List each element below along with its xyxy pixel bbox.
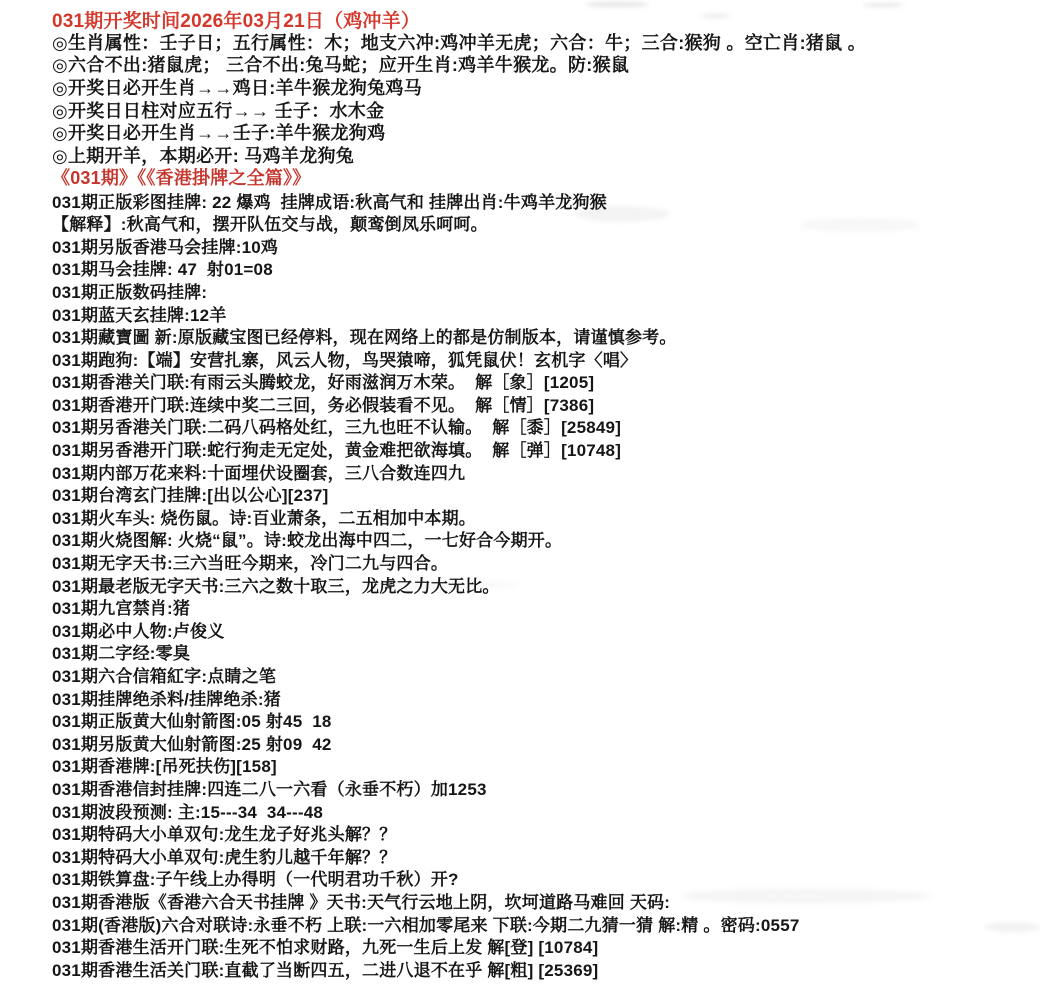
text-line-content: 031期台湾玄门挂牌:[出以公心][237] xyxy=(52,481,328,506)
text-line-content: 031期香港信封挂牌:四连二八一六看（永垂不朽）加1253 xyxy=(52,775,487,800)
text-line-content: 031期内部万花来料:十面埋伏设圈套，三八合数连四九 xyxy=(52,459,465,484)
text-line-35: 031期香港信封挂牌:四连二八一六看（永垂不朽）加1253 xyxy=(52,776,1048,799)
text-line-content: 031期特码大小单双句:龙生龙子好兆头解？？ xyxy=(52,820,396,845)
text-line-16: 031期跑狗:【端】安营扎寨，风云人物，鸟哭猿啼，狐凭鼠伏！玄机字〈唱〉 xyxy=(52,347,1048,370)
text-line-33: 031期另版黄大仙射箭图:25 射09 42 xyxy=(52,731,1048,754)
text-line-38: 031期特码大小单双句:虎生豹儿越千年解？？ xyxy=(52,844,1048,867)
text-line-content: 031期九宫禁肖:猪 xyxy=(52,594,190,619)
text-line-40: 031期香港版《香港六合天书挂牌 》天书:天气行云地上阴，坎坷道路马难回 天码: xyxy=(52,889,1048,912)
text-line-17: 031期香港关门联:有雨云头腾蛟龙，好雨滋润万木荣。 解［象］[1205] xyxy=(52,370,1048,393)
content-lines: 031期开奖时间2026年03月21日（鸡冲羊）◎生肖属性：壬子日；五行属性：木… xyxy=(52,8,1048,980)
text-line-20: 031期另香港开门联:蛇行狗走无定处，黄金难把欲海填。 解［弹］[10748] xyxy=(52,437,1048,460)
text-line-42: 031期香港生活开门联:生死不怕求财路，九死一生后上发 解[登] [10784] xyxy=(52,934,1048,957)
text-line-26: 031期最老版无字天书:三六之数十取三，龙虎之力大无比。 xyxy=(52,573,1048,596)
text-line-9: 031期正版彩图挂牌: 22 爆鸡 挂牌成语:秋高气和 挂牌出肖:牛鸡羊龙狗猴 xyxy=(52,189,1048,212)
text-line-content: 031期最老版无字天书:三六之数十取三，龙虎之力大无比。 xyxy=(52,572,500,597)
text-line-27: 031期九宫禁肖:猪 xyxy=(52,595,1048,618)
text-line-41: 031期(香港版)六合对联诗:永垂不朽 上联:一六相加零尾来 下联:今期二九猜一… xyxy=(52,912,1048,935)
text-line-29: 031期二字经:零臭 xyxy=(52,641,1048,664)
text-line-content: 031期藏寶圖 新:原版藏宝图已经停料，现在网络上的都是仿制版本，请谨慎参考。 xyxy=(52,323,677,348)
lottery-tips-page: 031期开奖时间2026年03月21日（鸡冲羊）◎生肖属性：壬子日；五行属性：木… xyxy=(0,0,1048,1008)
text-line-content: 031期正版黄大仙射箭图:05 射45 18 xyxy=(52,707,332,732)
text-line-2: ◎生肖属性：壬子日；五行属性：木；地支六冲:鸡冲羊无虎；六合：牛；三合:猴狗 。… xyxy=(52,31,1048,54)
text-line-13: 031期正版数码挂牌: xyxy=(52,279,1048,302)
text-line-19: 031期另香港关门联:二码八码格处红，三九也旺不认输。 解［黍］[25849] xyxy=(52,415,1048,438)
text-line-content: 031期马会挂牌: 47 射01=08 xyxy=(52,255,273,280)
text-line-43: 031期香港生活关门联:直截了当断四五，二进八退不在乎 解[粗] [25369] xyxy=(52,957,1048,980)
text-line-10: 【解释】:秋高气和，摆开队伍交与战，颠鸾倒凤乐呵呵。 xyxy=(52,211,1048,234)
text-line-content: 031期另版香港马会挂牌:10鸡 xyxy=(52,233,278,258)
text-line-22: 031期台湾玄门挂牌:[出以公心][237] xyxy=(52,482,1048,505)
text-line-content: 031期火烧图解: 火烧“鼠”。诗:蛟龙出海中四二，一七好合今期开。 xyxy=(52,526,562,551)
text-line-15: 031期藏寶圖 新:原版藏宝图已经停料，现在网络上的都是仿制版本，请谨慎参考。 xyxy=(52,324,1048,347)
text-line-34: 031期香港牌:[吊死扶伤][158] xyxy=(52,754,1048,777)
text-line-content: 031期(香港版)六合对联诗:永垂不朽 上联:一六相加零尾来 下联:今期二九猜一… xyxy=(52,911,800,936)
text-line-content: 031期无字天书:三六当旺今期来，冷门二九与四合。 xyxy=(52,549,448,574)
text-line-content: 031期火车头: 烧伤鼠。诗:百业萧条，二五相加中本期。 xyxy=(52,504,476,529)
text-line-23: 031期火车头: 烧伤鼠。诗:百业萧条，二五相加中本期。 xyxy=(52,505,1048,528)
text-line-28: 031期必中人物:卢俊义 xyxy=(52,618,1048,641)
text-line-7: ◎上期开羊，本期必开: 马鸡羊龙狗兔 xyxy=(52,144,1048,167)
text-line-content: 031期六合信箱紅字:点睛之笔 xyxy=(52,662,276,687)
text-line-32: 031期正版黄大仙射箭图:05 射45 18 xyxy=(52,708,1048,731)
text-line-content: 031期另版黄大仙射箭图:25 射09 42 xyxy=(52,730,332,755)
text-line-25: 031期无字天书:三六当旺今期来，冷门二九与四合。 xyxy=(52,550,1048,573)
scan-artifact xyxy=(585,2,649,7)
text-line-content: 031期另香港关门联:二码八码格处红，三九也旺不认输。 解［黍］[25849] xyxy=(52,413,621,438)
text-line-36: 031期波段预测: 主:15---34 34---48 xyxy=(52,799,1048,822)
text-line-6: ◎开奖日必开生肖→→壬子:羊牛猴龙狗鸡 xyxy=(52,121,1048,144)
text-line-content: 031期香港版《香港六合天书挂牌 》天书:天气行云地上阴，坎坷道路马难回 天码: xyxy=(52,888,670,913)
text-line-21: 031期内部万花来料:十面埋伏设圈套，三八合数连四九 xyxy=(52,460,1048,483)
scan-artifact xyxy=(862,3,904,7)
text-line-content: 031期正版彩图挂牌: 22 爆鸡 挂牌成语:秋高气和 挂牌出肖:牛鸡羊龙狗猴 xyxy=(52,188,607,213)
text-line-content: 031期二字经:零臭 xyxy=(52,639,190,664)
text-line-content: 031期香港关门联:有雨云头腾蛟龙，好雨滋润万木荣。 解［象］[1205] xyxy=(52,368,594,393)
text-line-11: 031期另版香港马会挂牌:10鸡 xyxy=(52,234,1048,257)
text-line-content: 031期波段预测: 主:15---34 34---48 xyxy=(52,798,323,823)
text-line-content: 031期跑狗:【端】安营扎寨，风云人物，鸟哭猿啼，狐凭鼠伏！玄机字〈唱〉 xyxy=(52,346,637,371)
text-line-30: 031期六合信箱紅字:点睛之笔 xyxy=(52,663,1048,686)
text-line-content: 031期正版数码挂牌: xyxy=(52,278,207,303)
text-line-content: 031期特码大小单双句:虎生豹儿越千年解？？ xyxy=(52,843,396,868)
text-line-4: ◎开奖日必开生肖→→鸡日:羊牛猴龙狗兔鸡马 xyxy=(52,76,1048,99)
text-line-5: ◎开奖日日柱对应五行→→ 壬子：水木金 xyxy=(52,98,1048,121)
text-line-14: 031期蓝天玄挂牌:12羊 xyxy=(52,302,1048,325)
text-line-12: 031期马会挂牌: 47 射01=08 xyxy=(52,257,1048,280)
text-line-content: 031期挂牌绝杀料/挂牌绝杀:猪 xyxy=(52,685,281,710)
text-line-content: 031期香港生活关门联:直截了当断四五，二进八退不在乎 解[粗] [25369] xyxy=(52,956,598,981)
text-line-content: 031期香港生活开门联:生死不怕求财路，九死一生后上发 解[登] [10784] xyxy=(52,933,598,958)
text-line-39: 031期铁算盘:子午线上办得明（一代明君功千秋）开? xyxy=(52,867,1048,890)
text-line-content: 031期铁算盘:子午线上办得明（一代明君功千秋）开? xyxy=(52,865,459,890)
text-line-31: 031期挂牌绝杀料/挂牌绝杀:猪 xyxy=(52,686,1048,709)
text-line-8: 《031期》《《香港掛牌之全篇》》 xyxy=(52,166,1048,189)
text-line-18: 031期香港开门联:连续中奖二三回，务必假装看不见。 解［情］[7386] xyxy=(52,392,1048,415)
text-line-content: 【解释】:秋高气和，摆开队伍交与战，颠鸾倒凤乐呵呵。 xyxy=(52,210,488,235)
text-line-1: 031期开奖时间2026年03月21日（鸡冲羊） xyxy=(52,8,1048,31)
text-line-content: 031期香港开门联:连续中奖二三回，务必假装看不见。 解［情］[7386] xyxy=(52,391,594,416)
text-line-3: ◎六合不出:猪鼠虎； 三合不出:兔马蛇；应开生肖:鸡羊牛猴龙。防:猴鼠 xyxy=(52,53,1048,76)
text-line-24: 031期火烧图解: 火烧“鼠”。诗:蛟龙出海中四二，一七好合今期开。 xyxy=(52,528,1048,551)
text-line-content: 031期蓝天玄挂牌:12羊 xyxy=(52,301,227,326)
text-line-content: 031期香港牌:[吊死扶伤][158] xyxy=(52,752,277,777)
text-line-content: 031期必中人物:卢俊义 xyxy=(52,617,224,642)
text-line-content: 031期另香港开门联:蛇行狗走无定处，黄金难把欲海填。 解［弹］[10748] xyxy=(52,436,621,461)
text-line-content: 《031期》《《香港掛牌之全篇》》 xyxy=(52,164,310,190)
text-line-37: 031期特码大小单双句:龙生龙子好兆头解？？ xyxy=(52,821,1048,844)
